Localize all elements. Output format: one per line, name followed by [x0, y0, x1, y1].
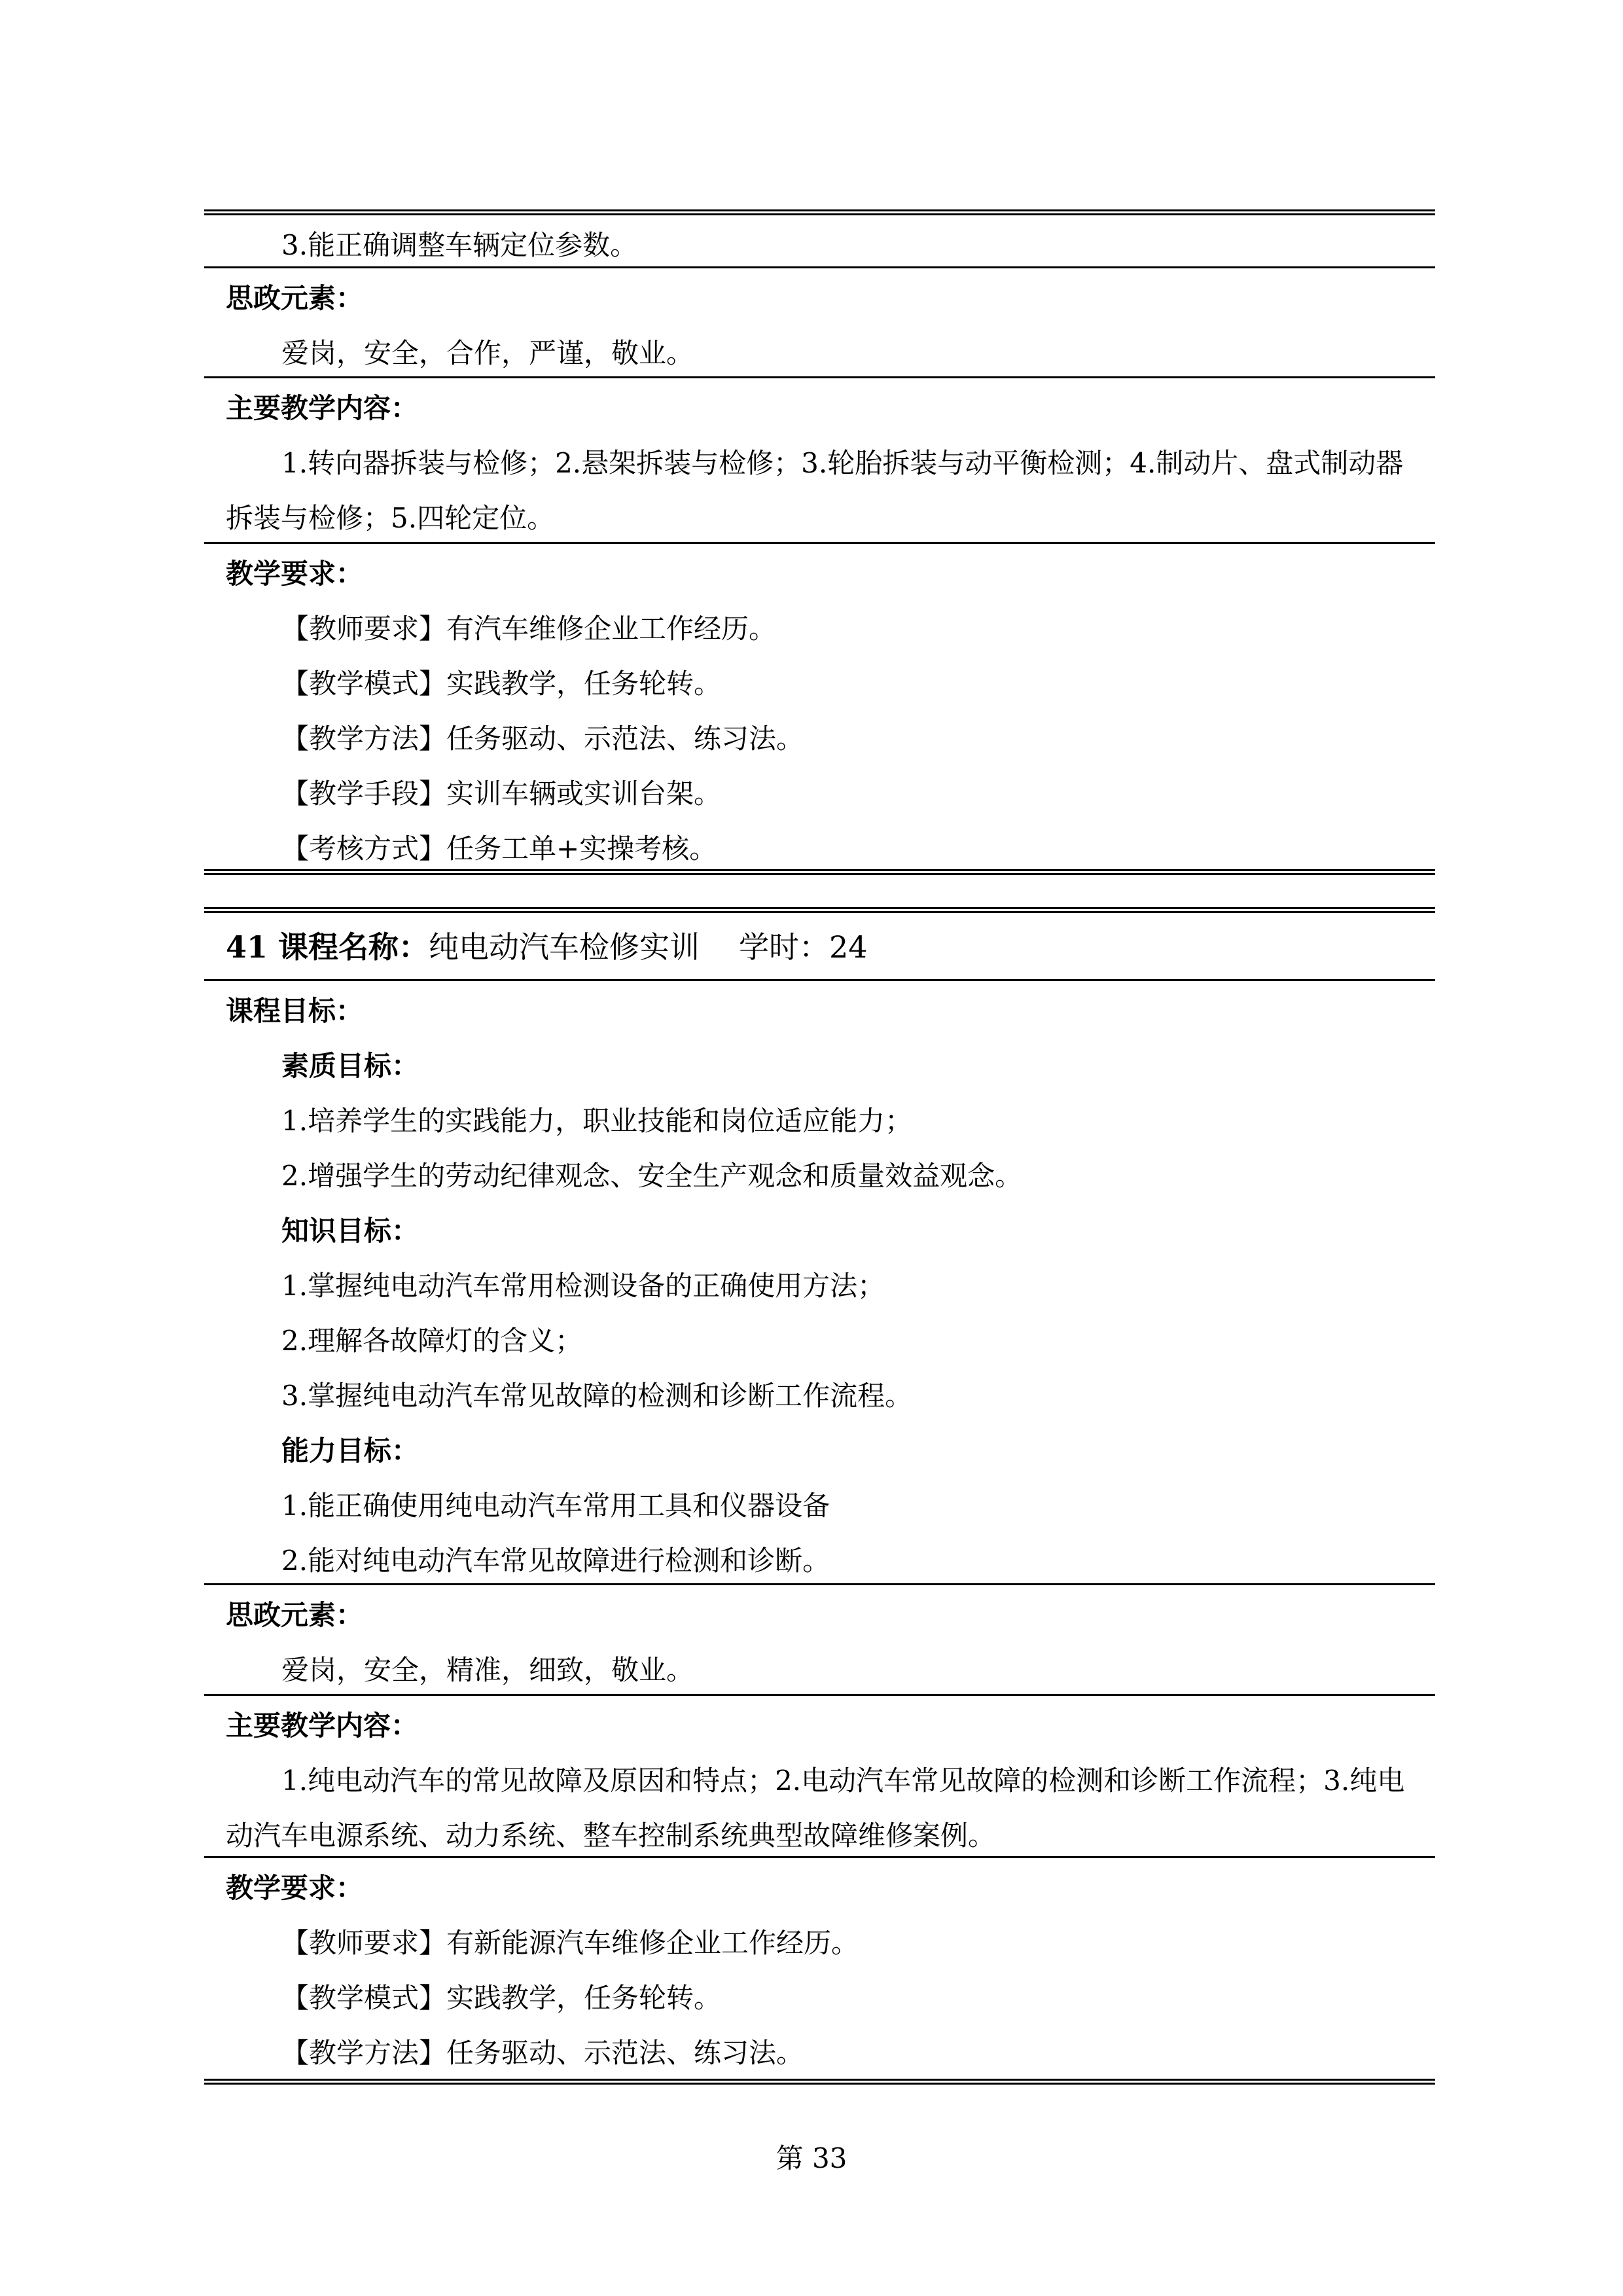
ideology-elements-text: 爱岗，安全，合作，严谨，敬业。	[204, 326, 1435, 378]
main-teaching-content-line-1: 1.转向器拆装与检修；2.悬架拆装与检修；3.轮胎拆装与动平衡检测；4.制动片、…	[204, 436, 1435, 491]
teaching-requirements-row: 教学要求： 【教师要求】有汽车维修企业工作经历。 【教学模式】实践教学，任务轮转…	[204, 544, 1435, 869]
main-teaching-content-row: 主要教学内容： 1.转向器拆装与检修；2.悬架拆装与检修；3.轮胎拆装与动平衡检…	[204, 378, 1435, 544]
ideology-elements-text-41: 爱岗，安全，精准，细致，敬业。	[204, 1643, 1435, 1696]
ideology-elements-label: 思政元素：	[204, 271, 1435, 326]
course-name: 纯电动汽车检修实训	[429, 929, 700, 965]
teaching-requirements-label: 教学要求：	[204, 547, 1435, 601]
teaching-requirements-row-41: 教学要求： 【教师要求】有新能源汽车维修企业工作经历。 【教学模式】实践教学，任…	[204, 1858, 1435, 2079]
main-teaching-content-line-2: 拆装与检修；5.四轮定位。	[204, 491, 1435, 544]
ideology-elements-row-41: 思政元素： 爱岗，安全，精准，细致，敬业。	[204, 1585, 1435, 1696]
ideology-elements-label-41: 思政元素：	[204, 1588, 1435, 1643]
course-objectives-row: 课程目标： 素质目标： 1.培养学生的实践能力，职业技能和岗位适应能力； 2.增…	[204, 981, 1435, 1585]
main-teaching-content-41-line-2: 动汽车电源系统、动力系统、整车控制系统典型故障维修案例。	[204, 1808, 1435, 1858]
teaching-mode-line-41: 【教学模式】实践教学，任务轮转。	[204, 1971, 1435, 2026]
assessment-method-line: 【考核方式】任务工单+实操考核。	[204, 821, 1435, 869]
main-teaching-content-row-41: 主要教学内容： 1.纯电动汽车的常见故障及原因和特点；2.电动汽车常见故障的检测…	[204, 1696, 1435, 1858]
knowledge-objective-item-3: 3.掌握纯电动汽车常见故障的检测和诊断工作流程。	[204, 1369, 1435, 1424]
page-number: 第 33	[776, 2142, 847, 2174]
knowledge-objective-item-1: 1.掌握纯电动汽车常用检测设备的正确使用方法；	[204, 1259, 1435, 1314]
course-hours: 学时：24	[739, 929, 868, 965]
teaching-means-line: 【教学手段】实训车辆或实训台架。	[204, 766, 1435, 821]
ideology-elements-row: 思政元素： 爱岗，安全，合作，严谨，敬业。	[204, 268, 1435, 378]
ability-objective-item-2: 2.能对纯电动汽车常见故障进行检测和诊断。	[204, 1534, 1435, 1585]
ability-objective-item-3: 3.能正确调整车辆定位参数。	[204, 218, 1435, 268]
main-teaching-content-41-line-1: 1.纯电动汽车的常见故障及原因和特点；2.电动汽车常见故障的检测和诊断工作流程；…	[204, 1753, 1435, 1808]
document-page: 3.能正确调整车辆定位参数。 思政元素： 爱岗，安全，合作，严谨，敬业。 主要教…	[0, 0, 1623, 2296]
main-teaching-content-label: 主要教学内容：	[204, 381, 1435, 436]
course-objectives-label: 课程目标：	[204, 984, 1435, 1039]
quality-objective-item-1: 1.培养学生的实践能力，职业技能和岗位适应能力；	[204, 1094, 1435, 1149]
ability-objective-item-1: 1.能正确使用纯电动汽车常用工具和仪器设备	[204, 1479, 1435, 1534]
teaching-method-line: 【教学方法】任务驱动、示范法、练习法。	[204, 711, 1435, 766]
ability-objective-continued-row: 3.能正确调整车辆定位参数。	[204, 215, 1435, 268]
ability-objectives-label: 能力目标：	[204, 1424, 1435, 1479]
knowledge-objectives-label: 知识目标：	[204, 1204, 1435, 1259]
knowledge-objective-item-2: 2.理解各故障灯的含义；	[204, 1314, 1435, 1369]
page-footer: 第 33	[0, 2144, 1623, 2173]
course-41-header-row: 41 课程名称：纯电动汽车检修实训学时：24	[204, 913, 1435, 981]
course-41-title-line: 41 课程名称：纯电动汽车检修实训学时：24	[204, 922, 1435, 972]
teaching-requirements-label-41: 教学要求：	[204, 1861, 1435, 1916]
teaching-method-line-41: 【教学方法】任务驱动、示范法、练习法。	[204, 2026, 1435, 2079]
main-teaching-content-label-41: 主要教学内容：	[204, 1698, 1435, 1753]
course-number-and-name-label: 41 课程名称：	[226, 929, 429, 965]
course-41-table: 41 课程名称：纯电动汽车检修实训学时：24 课程目标： 素质目标： 1.培养学…	[204, 907, 1435, 2085]
teacher-requirement-line-41: 【教师要求】有新能源汽车维修企业工作经历。	[204, 1916, 1435, 1971]
quality-objective-item-2: 2.增强学生的劳动纪律观念、安全生产观念和质量效益观念。	[204, 1149, 1435, 1204]
teaching-mode-line: 【教学模式】实践教学，任务轮转。	[204, 656, 1435, 711]
quality-objectives-label: 素质目标：	[204, 1039, 1435, 1094]
teacher-requirement-line: 【教师要求】有汽车维修企业工作经历。	[204, 601, 1435, 656]
course-40-table-continued: 3.能正确调整车辆定位参数。 思政元素： 爱岗，安全，合作，严谨，敬业。 主要教…	[204, 209, 1435, 875]
